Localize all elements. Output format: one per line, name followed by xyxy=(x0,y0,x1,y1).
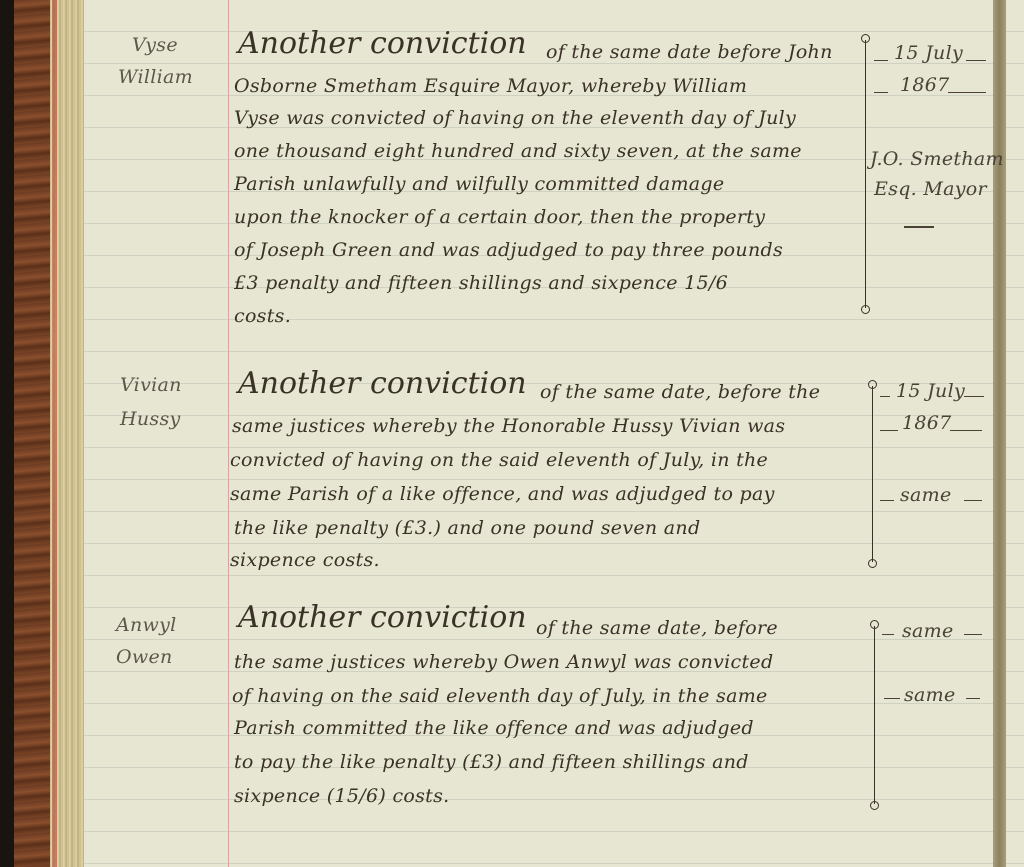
dash xyxy=(904,226,934,228)
dash xyxy=(966,60,986,61)
entry-line: of the same date, before the xyxy=(540,376,820,408)
entry-line: sixpence costs. xyxy=(230,544,380,576)
entry-line: of the same date before John xyxy=(546,36,833,68)
entry-line: of having on the said eleventh day of Ju… xyxy=(232,680,768,712)
entry-bracket xyxy=(874,626,875,804)
dash xyxy=(950,430,982,431)
defendant-forename: William xyxy=(118,62,193,92)
entry-line: Osborne Smetham Esquire Mayor, whereby W… xyxy=(234,70,747,102)
conviction-date: 15 July xyxy=(896,376,965,406)
defendant-surname: Vyse xyxy=(132,30,178,60)
conviction-date-reference: same xyxy=(904,680,956,710)
justice-title: Esq. Mayor xyxy=(874,174,987,204)
page-edges xyxy=(50,0,84,867)
entry-line: of Joseph Green and was adjudged to pay … xyxy=(234,234,783,266)
dash xyxy=(964,396,984,397)
entry-line: upon the knocker of a certain door, then… xyxy=(234,201,765,233)
dash xyxy=(948,92,986,93)
dash xyxy=(964,500,982,501)
entry-line: one thousand eight hundred and sixty sev… xyxy=(234,135,802,167)
dash xyxy=(874,92,888,93)
entry-heading: Another conviction xyxy=(238,600,527,635)
entry-line: Parish committed the like offence and wa… xyxy=(234,712,754,744)
entry-line: £3 penalty and fifteen shillings and six… xyxy=(234,267,728,299)
dash xyxy=(964,634,982,635)
margin-rule xyxy=(228,0,229,867)
entry-heading: Another conviction xyxy=(238,26,527,61)
entry-line: costs. xyxy=(234,300,291,332)
entry-line: the like penalty (£3.) and one pound sev… xyxy=(234,512,700,544)
entry-line: Parish unlawfully and wilfully committed… xyxy=(234,168,724,200)
dash xyxy=(966,698,980,699)
entry-line: to pay the like penalty (£3) and fifteen… xyxy=(234,746,749,778)
entry-line: the same justices whereby Owen Anwyl was… xyxy=(234,646,773,678)
entry-line: same Parish of a like offence, and was a… xyxy=(230,478,775,510)
entry-heading: Another conviction xyxy=(238,366,527,401)
defendant-forename: Owen xyxy=(116,642,173,672)
defendant-surname: Anwyl xyxy=(116,610,177,640)
ledger-page: Vyse William Another conviction of the s… xyxy=(84,0,1024,867)
entry-bracket xyxy=(872,386,873,562)
dash xyxy=(874,60,888,61)
justice-name: J.O. Smetham xyxy=(870,144,1004,174)
defendant-forename: Hussy xyxy=(120,404,181,434)
justice-reference: same xyxy=(900,480,952,510)
entry-bracket xyxy=(865,40,866,308)
conviction-year: 1867 xyxy=(900,70,950,100)
entry-line: convicted of having on the said eleventh… xyxy=(230,444,768,476)
entry-line: Vyse was convicted of having on the elev… xyxy=(234,102,796,134)
conviction-year: 1867 xyxy=(902,408,952,438)
column-rule xyxy=(993,0,1006,867)
conviction-date: 15 July xyxy=(894,38,963,68)
dash xyxy=(884,698,900,699)
dash xyxy=(880,396,890,397)
book-spine xyxy=(14,0,52,867)
entry-line: of the same date, before xyxy=(536,612,778,644)
entry-line: sixpence (15/6) costs. xyxy=(234,780,450,812)
dash xyxy=(880,430,898,431)
justice-reference: same xyxy=(902,616,954,646)
entry-line: same justices whereby the Honorable Huss… xyxy=(232,410,785,442)
defendant-surname: Vivian xyxy=(120,370,182,400)
dash xyxy=(882,634,894,635)
dash xyxy=(880,500,894,501)
